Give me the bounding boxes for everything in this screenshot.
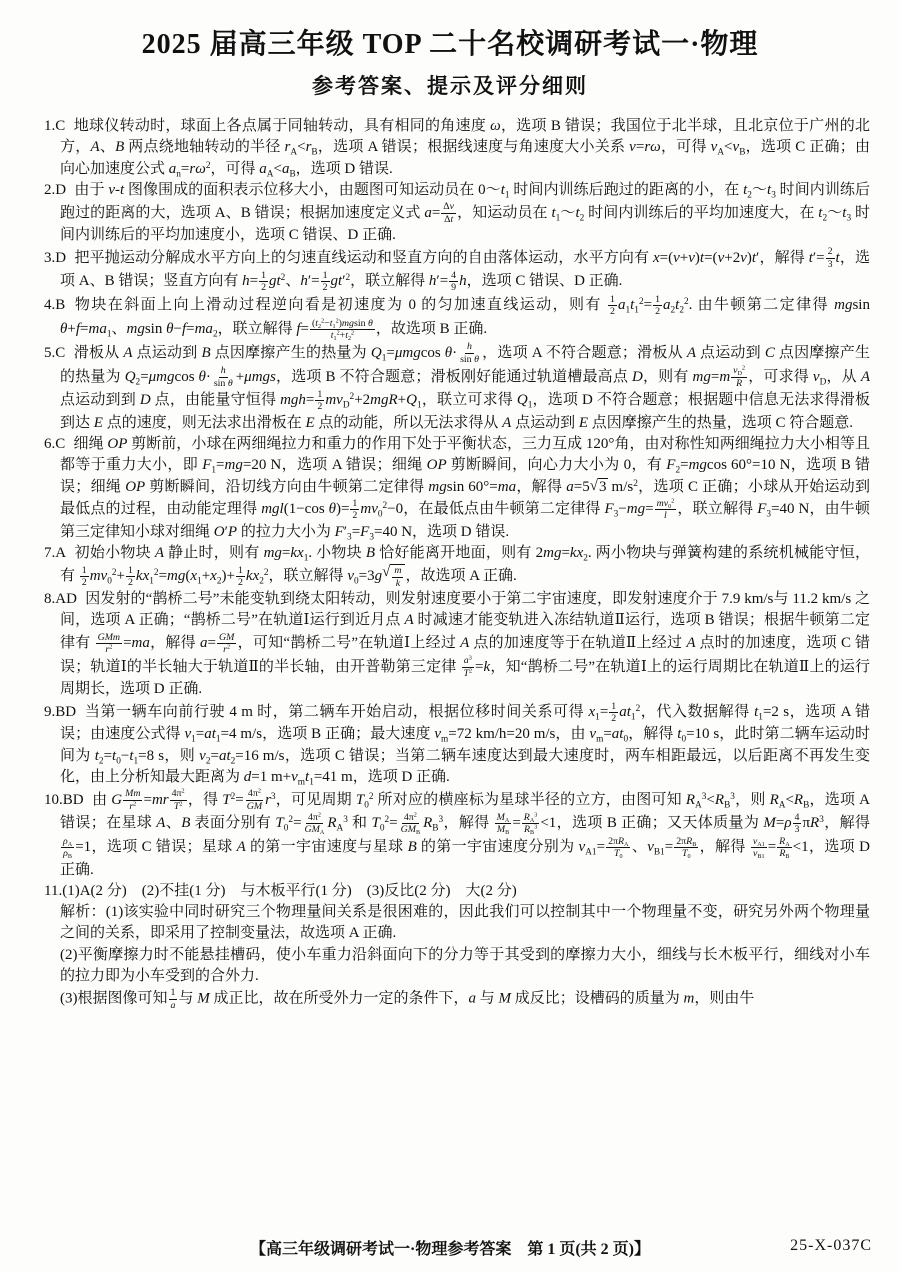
answer-item-11-paragraph-2: 解析：(1)该实验中同时研究三个物理量间关系是很困难的，因此我们可以控制其中一个… <box>60 902 870 945</box>
question-number-and-answer: 11. <box>44 883 62 899</box>
question-number-and-answer: 9.BD <box>44 704 76 720</box>
answer-explanation-text: 因发射的“鹊桥二号”未能变轨到绕太阳转动，则发射速度要小于第二宇宙速度，即发射速… <box>60 591 870 697</box>
answer-item-5: 5.C滑板从 A 点运动到 B 点因摩擦产生的热量为 Q1=μmgcos θ·h… <box>44 341 870 434</box>
answer-item-first-paragraph: 1.C地球仪转动时，球面上各点属于同轴转动，具有相同的角速度 ω，选项 B 错误… <box>44 116 870 180</box>
answer-item-11-paragraph-3: (2)平衡摩擦力时不能悬挂槽码，使小车重力沿斜面向下的分力等于其受到的摩擦力大小… <box>60 945 870 988</box>
answer-item-6: 6.C细绳 OP 剪断前，小球在两细绳拉力和重力的作用下处于平衡状态，三力互成 … <box>44 434 870 543</box>
exam-title: 2025 届高三年级 TOP 二十名校调研考试一·物理 <box>0 22 900 62</box>
question-number-and-answer: 8.AD <box>44 591 77 607</box>
answer-item-3: 3.D把平抛运动分解成水平方向上的匀速直线运动和竖直方向的自由落体运动，水平方向… <box>44 246 870 294</box>
answer-item-first-paragraph: 5.C滑板从 A 点运动到 B 点因摩擦产生的热量为 Q1=μmgcos θ·h… <box>44 341 870 434</box>
question-number-and-answer: 10.BD <box>44 792 84 808</box>
question-number-and-answer: 2.D <box>44 182 66 198</box>
footer-document-code: 25-X-037C <box>790 1237 872 1255</box>
answer-key-subtitle: 参考答案、提示及评分细则 <box>0 70 900 100</box>
question-number-and-answer: 7.A <box>44 545 66 561</box>
answer-item-4: 4.B物块在斜面上向上滑动过程逆向看是初速度为 0 的匀加速直线运动，则有 12… <box>44 294 870 342</box>
question-number-and-answer: 4.B <box>44 297 65 313</box>
answer-explanation-text: 物块在斜面上向上滑动过程逆向看是初速度为 0 的匀加速直线运动，则有 12a1t… <box>60 297 870 337</box>
answer-item-first-paragraph: 7.A初始小物块 A 静止时，则有 mg=kx1. 小物块 B 恰好能离开地面，… <box>44 543 870 589</box>
exam-answer-sheet-page: 2025 届高三年级 TOP 二十名校调研考试一·物理 参考答案、提示及评分细则… <box>0 0 900 1272</box>
answers-list: 1.C地球仪转动时，球面上各点属于同轴转动，具有相同的角速度 ω，选项 B 错误… <box>44 116 870 1011</box>
answer-explanation-text: 滑板从 A 点运动到 B 点因摩擦产生的热量为 Q1=μmgcos θ·hsin… <box>60 345 870 431</box>
answer-explanation-text: (1)A(2 分) (2)不挂(1 分) 与木板平行(1 分) (3)反比(2 … <box>62 883 517 899</box>
answer-item-first-paragraph: 6.C细绳 OP 剪断前，小球在两细绳拉力和重力的作用下处于平衡状态，三力互成 … <box>44 434 870 543</box>
answer-item-10: 10.BD由 GMmr2=mr4π2T2，得 T2=4π2GMr3，可见周期 T… <box>44 788 870 881</box>
footer-page-label: 【高三年级调研考试一·物理参考答案 第 1 页(共 2 页)】 <box>0 1236 900 1259</box>
answer-explanation-text: 把平抛运动分解成水平方向上的匀速直线运动和竖直方向的自由落体运动，水平方向有 x… <box>60 250 870 290</box>
answer-item-first-paragraph: 9.BD当第一辆车向前行驶 4 m 时，第二辆车开始启动，根据位移时间关系可得 … <box>44 701 870 789</box>
answer-item-first-paragraph: 2.D由于 v-t 图像围成的面积表示位移大小，由题图可知运动员在 0～t1 时… <box>44 180 870 246</box>
answer-item-11: 11.(1)A(2 分) (2)不挂(1 分) 与木板平行(1 分) (3)反比… <box>44 881 870 1011</box>
question-number-and-answer: 3.D <box>44 250 66 266</box>
answer-explanation-text: 初始小物块 A 静止时，则有 mg=kx1. 小物块 B 恰好能离开地面，则有 … <box>60 545 870 584</box>
answer-explanation-text: 当第一辆车向前行驶 4 m 时，第二辆车开始启动，根据位移时间关系可得 x1=1… <box>60 704 870 785</box>
answer-item-first-paragraph: 11.(1)A(2 分) (2)不挂(1 分) 与木板平行(1 分) (3)反比… <box>44 881 870 902</box>
answer-item-9: 9.BD当第一辆车向前行驶 4 m 时，第二辆车开始启动，根据位移时间关系可得 … <box>44 701 870 789</box>
answer-item-first-paragraph: 10.BD由 GMmr2=mr4π2T2，得 T2=4π2GMr3，可见周期 T… <box>44 788 870 881</box>
page-header: 2025 届高三年级 TOP 二十名校调研考试一·物理 参考答案、提示及评分细则 <box>0 0 900 100</box>
answer-item-8: 8.AD因发射的“鹊桥二号”未能变轨到绕太阳转动，则发射速度要小于第二宇宙速度，… <box>44 589 870 700</box>
answer-item-11-paragraph-4: (3)根据图像可知1a与 M 成正比，故在所受外力一定的条件下，a 与 M 成反… <box>60 987 870 1011</box>
answer-explanation-text: 细绳 OP 剪断前，小球在两细绳拉力和重力的作用下处于平衡状态，三力互成 120… <box>60 436 870 540</box>
answer-item-7: 7.A初始小物块 A 静止时，则有 mg=kx1. 小物块 B 恰好能离开地面，… <box>44 543 870 589</box>
question-number-and-answer: 5.C <box>44 345 65 361</box>
page-footer: 【高三年级调研考试一·物理参考答案 第 1 页(共 2 页)】 25-X-037… <box>0 1236 900 1258</box>
answer-explanation-text: 由 GMmr2=mr4π2T2，得 T2=4π2GMr3，可见周期 T02 所对… <box>60 792 870 878</box>
answer-explanation-text: 由于 v-t 图像围成的面积表示位移大小，由题图可知运动员在 0～t1 时间内训… <box>60 182 870 243</box>
answer-item-first-paragraph: 4.B物块在斜面上向上滑动过程逆向看是初速度为 0 的匀加速直线运动，则有 12… <box>44 294 870 342</box>
sqrt-radical: √ <box>590 478 598 495</box>
answer-explanation-text: 地球仪转动时，球面上各点属于同轴转动，具有相同的角速度 ω，选项 B 错误；我国… <box>60 118 870 177</box>
answer-item-first-paragraph: 3.D把平抛运动分解成水平方向上的匀速直线运动和竖直方向的自由落体运动，水平方向… <box>44 246 870 294</box>
question-number-and-answer: 1.C <box>44 118 65 134</box>
sqrt-radical: √ <box>382 564 390 581</box>
answer-item-2: 2.D由于 v-t 图像围成的面积表示位移大小，由题图可知运动员在 0～t1 时… <box>44 180 870 246</box>
answer-item-first-paragraph: 8.AD因发射的“鹊桥二号”未能变轨到绕太阳转动，则发射速度要小于第二宇宙速度，… <box>44 589 870 700</box>
question-number-and-answer: 6.C <box>44 436 65 452</box>
answer-item-1: 1.C地球仪转动时，球面上各点属于同轴转动，具有相同的角速度 ω，选项 B 错误… <box>44 116 870 180</box>
